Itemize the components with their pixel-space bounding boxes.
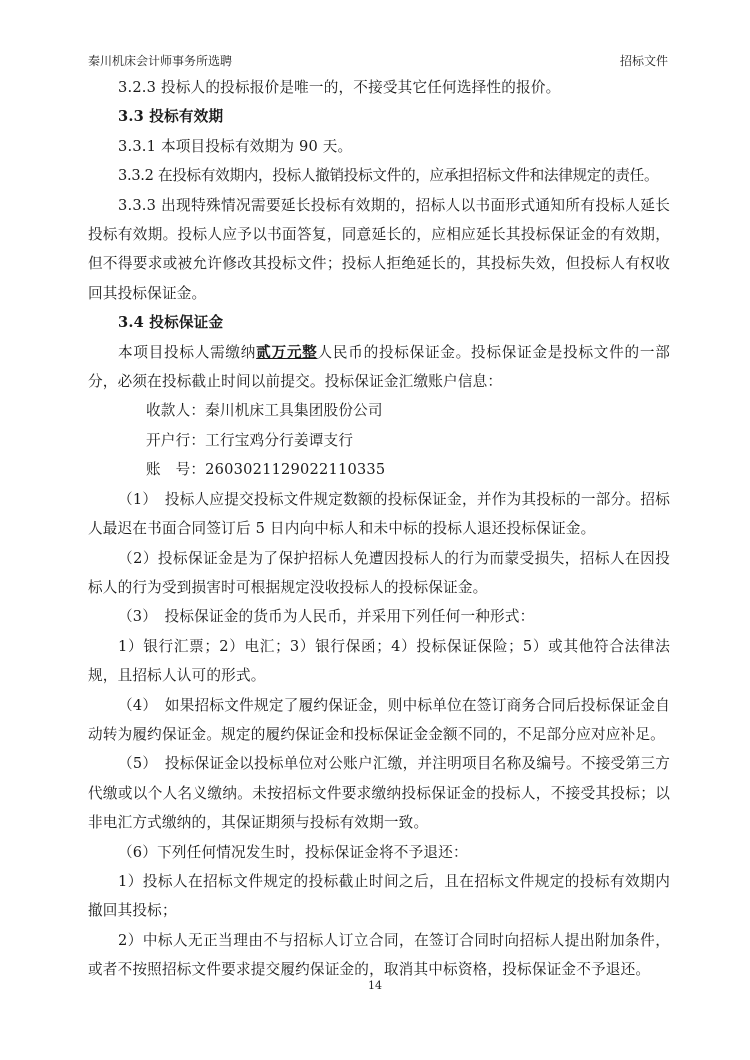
page-number: 14 <box>0 979 750 992</box>
deposit-intro: 本项目投标人需缴纳 <box>118 344 256 361</box>
header-right-title: 招标文件 <box>620 52 668 69</box>
paragraph-3-3-3: 3.3.3 出现特殊情况需要延长投标有效期的，招标人以书面形式通知所有投标人延长… <box>88 191 670 309</box>
account-payee: 收款人：秦川机床工具集团股份公司 <box>88 396 670 425</box>
page-header: 秦川机床会计师事务所选聘 招标文件 <box>88 52 668 70</box>
item-2: （2）投标保证金是为了保护招标人免遭因投标人的行为而蒙受损失，招标人在因投标人的… <box>88 544 670 603</box>
heading-3-4: 3.4 投标保证金 <box>88 308 670 337</box>
item-4: （4） 如果招标文件规定了履约保证金，则中标单位在签订商务合同后投标保证金自动转… <box>88 691 670 750</box>
item-1: （1） 投标人应提交投标文件规定数额的投标保证金，并作为其投标的一部分。招标人最… <box>88 485 670 544</box>
account-bank: 开户行：工行宝鸡分行姜谭支行 <box>88 426 670 455</box>
account-number: 账 号：2603021129022110335 <box>88 455 670 484</box>
paragraph-3-3-1: 3.3.1 本项目投标有效期为 90 天。 <box>88 132 670 161</box>
item-3: （3） 投标保证金的货币为人民币，并采用下列任何一种形式： <box>88 602 670 631</box>
item-6-2: 2）中标人无正当理由不与招标人订立合同，在签订合同时向招标人提出附加条件，或者不… <box>88 926 670 985</box>
heading-3-3: 3.3 投标有效期 <box>88 102 670 131</box>
deposit-amount: 贰万元整 <box>256 344 317 361</box>
paragraph-3-4: 本项目投标人需缴纳贰万元整人民币的投标保证金。投标保证金是投标文件的一部分，必须… <box>88 338 670 397</box>
paragraph-3-3-2: 3.3.2 在投标有效期内，投标人撤销投标文件的，应承担招标文件和法律规定的责任… <box>88 161 670 190</box>
paragraph-3-2-3: 3.2.3 投标人的投标报价是唯一的，不接受其它任何选择性的报价。 <box>88 73 670 102</box>
header-left-title: 秦川机床会计师事务所选聘 <box>88 52 232 69</box>
item-6: （6）下列任何情况发生时，投标保证金将不予退还： <box>88 838 670 867</box>
item-6-1: 1）投标人在招标文件规定的投标截止时间之后，且在招标文件规定的投标有效期内撤回其… <box>88 867 670 926</box>
item-5: （5） 投标保证金以投标单位对公账户汇缴，并注明项目名称及编号。不接受第三方代缴… <box>88 749 670 837</box>
item-3-forms: 1）银行汇票；2）电汇；3）银行保函；4）投标保证保险；5）或其他符合法律法规，… <box>88 632 670 691</box>
document-body: 3.2.3 投标人的投标报价是唯一的，不接受其它任何选择性的报价。 3.3 投标… <box>88 73 670 985</box>
